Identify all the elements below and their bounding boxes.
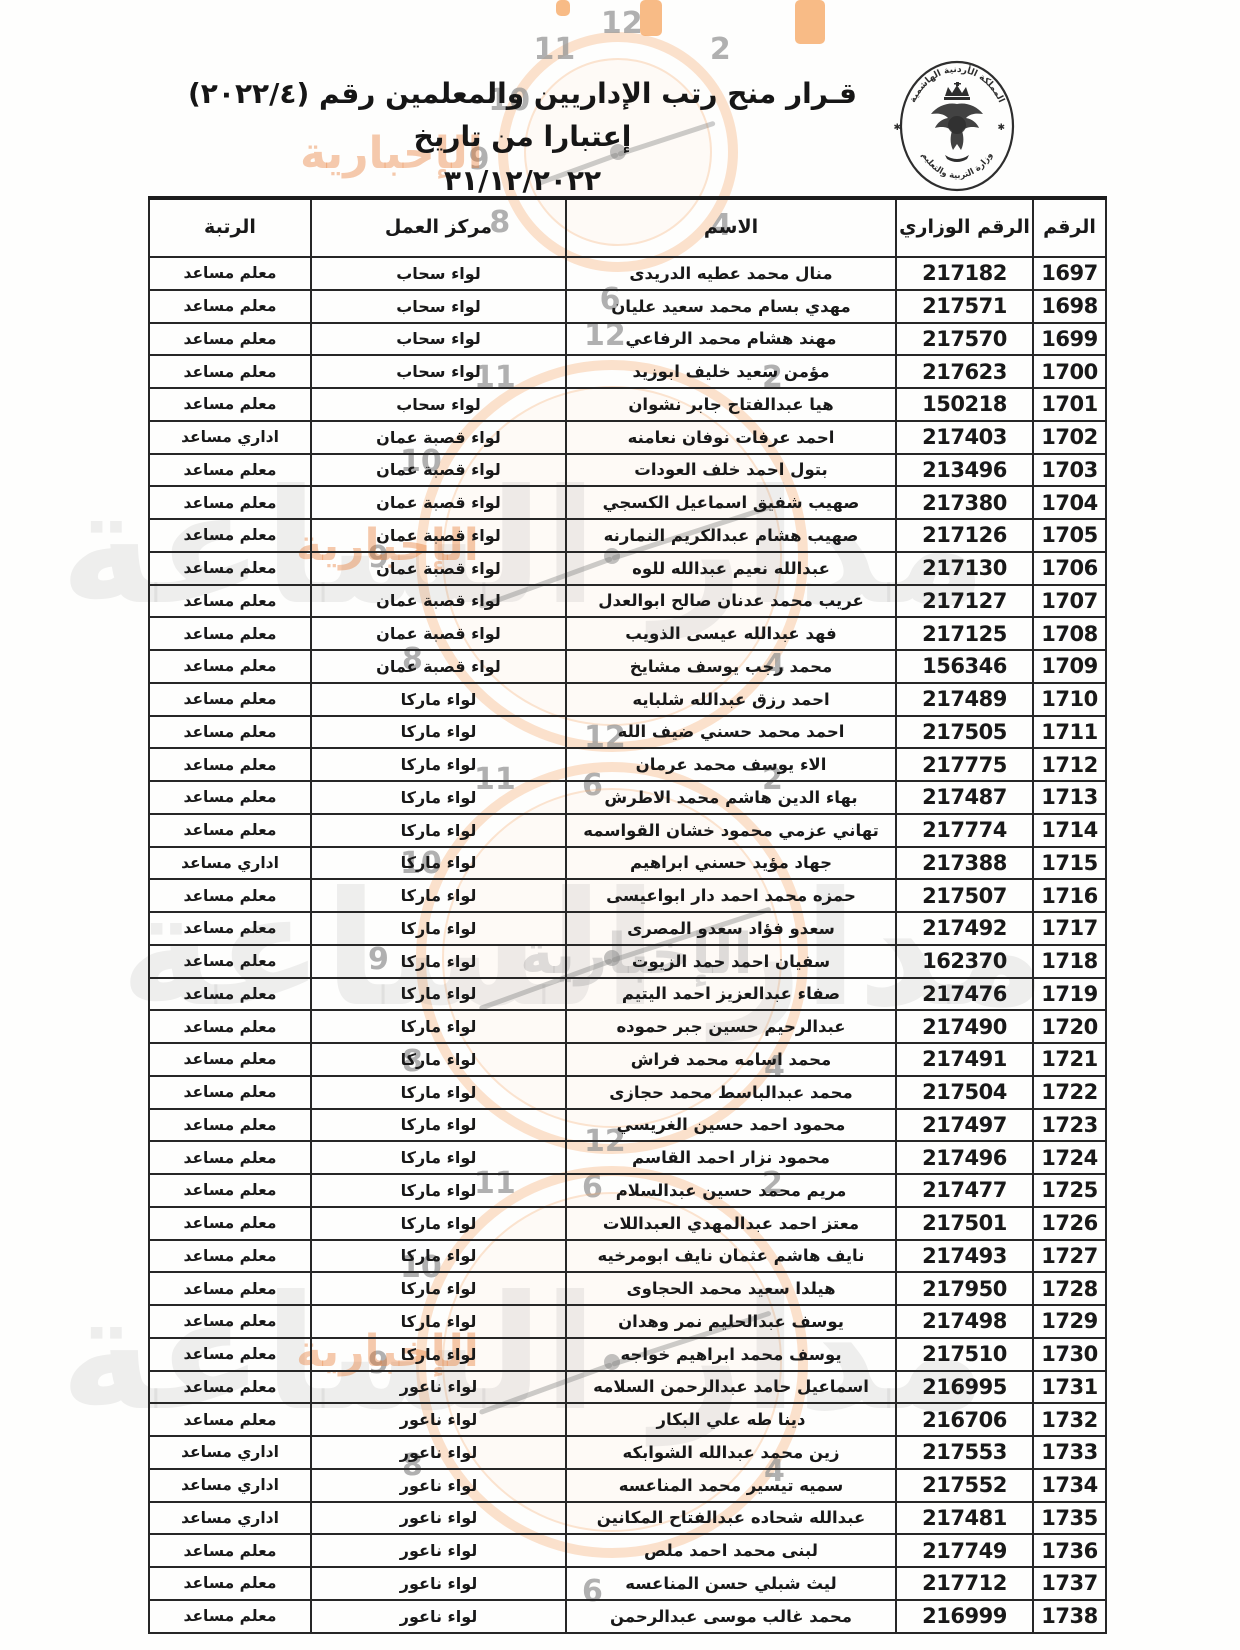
table-row: 1715217388جهاد مؤيد حسني ابراهيملواء مار… bbox=[149, 847, 1106, 880]
row-number: 1709 bbox=[1033, 650, 1106, 683]
work-center: لواء ناعور bbox=[311, 1403, 566, 1436]
rank: معلم مساعد bbox=[149, 1272, 311, 1305]
work-center: لواء قصبة عمان bbox=[311, 650, 566, 683]
row-number: 1729 bbox=[1033, 1305, 1106, 1338]
table-row: 1732216706دينا طه علي البكارلواء ناعورمع… bbox=[149, 1403, 1106, 1436]
rank: معلم مساعد bbox=[149, 1600, 311, 1633]
employee-name: محمد غالب موسى عبدالرحمن bbox=[566, 1600, 896, 1633]
table-row: 1716217507حمزه محمد احمد دار ابواعيسىلوا… bbox=[149, 879, 1106, 912]
employee-name: عبدالرحيم حسين جبر حموده bbox=[566, 1010, 896, 1043]
row-number: 1733 bbox=[1033, 1436, 1106, 1469]
table-row: 1723217497محمود احمد حسين الغريسيلواء ما… bbox=[149, 1109, 1106, 1142]
row-number: 1737 bbox=[1033, 1567, 1106, 1600]
table-row: 1734217552سميه تيسير محمد المناعسهلواء ن… bbox=[149, 1469, 1106, 1502]
work-center: لواء ماركا bbox=[311, 978, 566, 1011]
table-row: 1701150218هيا عبدالفتاح جابر نشوانلواء س… bbox=[149, 388, 1106, 421]
work-center: لواء سحاب bbox=[311, 290, 566, 323]
employee-name: محمود نزار احمد القاسم bbox=[566, 1141, 896, 1174]
col-header-work-center: مركز العمل bbox=[311, 198, 566, 257]
table-row: 1714217774تهاني عزمي محمود خشان القواسمه… bbox=[149, 814, 1106, 847]
work-center: لواء قصبة عمان bbox=[311, 617, 566, 650]
ministry-seal-logo: المملكة الأردنية الهاشمية وزارة التربية … bbox=[893, 52, 1021, 198]
ministry-number: 217481 bbox=[896, 1502, 1033, 1535]
watermark-orange-fragment bbox=[795, 0, 825, 44]
work-center: لواء ناعور bbox=[311, 1567, 566, 1600]
table-row: 1719217476صفاء عبدالعزيز احمد اليتيملواء… bbox=[149, 978, 1106, 1011]
ministry-number: 217491 bbox=[896, 1043, 1033, 1076]
rank: معلم مساعد bbox=[149, 1534, 311, 1567]
rank: معلم مساعد bbox=[149, 1338, 311, 1371]
rank: معلم مساعد bbox=[149, 290, 311, 323]
employee-name: ليث شبلي حسن المناعسه bbox=[566, 1567, 896, 1600]
work-center: لواء قصبة عمان bbox=[311, 421, 566, 454]
ministry-number: 217130 bbox=[896, 552, 1033, 585]
employee-name: يوسف محمد ابراهيم خواجه bbox=[566, 1338, 896, 1371]
rank: معلم مساعد bbox=[149, 257, 311, 290]
employee-name: منال محمد عطيه الدريدى bbox=[566, 257, 896, 290]
table-row: 1727217493نايف هاشم عثمان نايف ابومرخيهل… bbox=[149, 1240, 1106, 1273]
table-row: 1733217553زين محمد عبدالله الشوابكهلواء … bbox=[149, 1436, 1106, 1469]
row-number: 1723 bbox=[1033, 1109, 1106, 1142]
rank: معلم مساعد bbox=[149, 1043, 311, 1076]
row-number: 1722 bbox=[1033, 1076, 1106, 1109]
work-center: لواء سحاب bbox=[311, 355, 566, 388]
work-center: لواء ماركا bbox=[311, 945, 566, 978]
row-number: 1720 bbox=[1033, 1010, 1106, 1043]
rank: معلم مساعد bbox=[149, 1076, 311, 1109]
table-row: 1707217127عريب محمد عدنان صالح ابوالعدلل… bbox=[149, 585, 1106, 618]
row-number: 1711 bbox=[1033, 716, 1106, 749]
ministry-number: 217492 bbox=[896, 912, 1033, 945]
rank: معلم مساعد bbox=[149, 388, 311, 421]
rank: معلم مساعد bbox=[149, 1305, 311, 1338]
row-number: 1704 bbox=[1033, 486, 1106, 519]
work-center: لواء ناعور bbox=[311, 1469, 566, 1502]
work-center: لواء قصبة عمان bbox=[311, 585, 566, 618]
table-row: 1735217481عبدالله شحاده عبدالفتاح المكان… bbox=[149, 1502, 1106, 1535]
work-center: لواء ماركا bbox=[311, 1305, 566, 1338]
row-number: 1700 bbox=[1033, 355, 1106, 388]
table-row: 1738216999محمد غالب موسى عبدالرحمنلواء ن… bbox=[149, 1600, 1106, 1633]
col-header-number: الرقم bbox=[1033, 198, 1106, 257]
work-center: لواء ماركا bbox=[311, 1076, 566, 1109]
row-number: 1718 bbox=[1033, 945, 1106, 978]
work-center: لواء ناعور bbox=[311, 1600, 566, 1633]
rank: معلم مساعد bbox=[149, 1109, 311, 1142]
rank: معلم مساعد bbox=[149, 1240, 311, 1273]
rank: معلم مساعد bbox=[149, 585, 311, 618]
row-number: 1698 bbox=[1033, 290, 1106, 323]
table-row: 1731216995اسماعيل حامد عبدالرحمن السلامه… bbox=[149, 1371, 1106, 1404]
table-row: 1712217775الاء يوسف محمد عرمانلواء ماركا… bbox=[149, 748, 1106, 781]
ministry-number: 217403 bbox=[896, 421, 1033, 454]
table-row: 1711217505احمد محمد حسني ضيف اللهلواء ما… bbox=[149, 716, 1106, 749]
row-number: 1710 bbox=[1033, 683, 1106, 716]
rank: معلم مساعد bbox=[149, 1207, 311, 1240]
work-center: لواء قصبة عمان bbox=[311, 552, 566, 585]
rank: معلم مساعد bbox=[149, 879, 311, 912]
work-center: لواء ماركا bbox=[311, 814, 566, 847]
ranks-decision-table: الرقم الرقم الوزاري الاسم مركز العمل الر… bbox=[148, 196, 1107, 1634]
row-number: 1697 bbox=[1033, 257, 1106, 290]
row-number: 1713 bbox=[1033, 781, 1106, 814]
ministry-number: 217553 bbox=[896, 1436, 1033, 1469]
ministry-number: 217950 bbox=[896, 1272, 1033, 1305]
row-number: 1716 bbox=[1033, 879, 1106, 912]
rank: اداري مساعد bbox=[149, 421, 311, 454]
employee-name: لبنى محمد احمد ملص bbox=[566, 1534, 896, 1567]
ministry-number: 217571 bbox=[896, 290, 1033, 323]
table-header: الرقم الرقم الوزاري الاسم مركز العمل الر… bbox=[149, 198, 1106, 257]
ministry-number: 217497 bbox=[896, 1109, 1033, 1142]
table-row: 1729217498يوسف عبدالحليم نمر وهدانلواء م… bbox=[149, 1305, 1106, 1338]
employee-name: عبدالله نعيم عبدالله للوه bbox=[566, 552, 896, 585]
work-center: لواء قصبة عمان bbox=[311, 454, 566, 487]
document-date: ٣١/١٢/٢٠٢٢ bbox=[160, 159, 885, 202]
table-row: 1704217380صهيب شفيق اسماعيل الكسجيلواء ق… bbox=[149, 486, 1106, 519]
rank: معلم مساعد bbox=[149, 945, 311, 978]
row-number: 1725 bbox=[1033, 1174, 1106, 1207]
rank: اداري مساعد bbox=[149, 1502, 311, 1535]
table-row: 1709156346محمد رجب يوسف مشايخلواء قصبة ع… bbox=[149, 650, 1106, 683]
employee-name: محمد عبدالباسط محمد حجازى bbox=[566, 1076, 896, 1109]
row-number: 1719 bbox=[1033, 978, 1106, 1011]
ministry-number: 217487 bbox=[896, 781, 1033, 814]
ministry-number: 217507 bbox=[896, 879, 1033, 912]
employee-name: سعدو فؤاد سعدو المصرى bbox=[566, 912, 896, 945]
rank: معلم مساعد bbox=[149, 617, 311, 650]
employee-name: بتول احمد خلف العودات bbox=[566, 454, 896, 487]
ministry-number: 217127 bbox=[896, 585, 1033, 618]
rank: معلم مساعد bbox=[149, 978, 311, 1011]
work-center: لواء سحاب bbox=[311, 388, 566, 421]
table-row: 1728217950هيلدا سعيد محمد الحجاوىلواء ما… bbox=[149, 1272, 1106, 1305]
table-row: 1702217403احمد عرفات نوفان نعامنهلواء قص… bbox=[149, 421, 1106, 454]
row-number: 1731 bbox=[1033, 1371, 1106, 1404]
ministry-number: 213496 bbox=[896, 454, 1033, 487]
row-number: 1730 bbox=[1033, 1338, 1106, 1371]
rank: معلم مساعد bbox=[149, 1567, 311, 1600]
employee-name: يوسف عبدالحليم نمر وهدان bbox=[566, 1305, 896, 1338]
table-row: 1699217570مهند هشام محمد الرفاعيلواء سحا… bbox=[149, 323, 1106, 356]
ministry-number: 162370 bbox=[896, 945, 1033, 978]
ministry-number: 150218 bbox=[896, 388, 1033, 421]
rank: معلم مساعد bbox=[149, 1010, 311, 1043]
employee-name: مهدي بسام محمد سعيد عليان bbox=[566, 290, 896, 323]
table-row: 1705217126صهيب هشام عبدالكريم النمارنهلو… bbox=[149, 519, 1106, 552]
ministry-number: 217380 bbox=[896, 486, 1033, 519]
document-title: قـرار منح رتب الإداريين والمعلمين رقم (٢… bbox=[160, 72, 885, 159]
ministry-number: 217505 bbox=[896, 716, 1033, 749]
employee-name: مريم محمد حسين عبدالسلام bbox=[566, 1174, 896, 1207]
ministry-number: 217712 bbox=[896, 1567, 1033, 1600]
ministry-number: 217489 bbox=[896, 683, 1033, 716]
ministry-number: 217493 bbox=[896, 1240, 1033, 1273]
ministry-number: 217477 bbox=[896, 1174, 1033, 1207]
document-title-block: قـرار منح رتب الإداريين والمعلمين رقم (٢… bbox=[160, 72, 885, 202]
employee-name: هيا عبدالفتاح جابر نشوان bbox=[566, 388, 896, 421]
work-center: لواء سحاب bbox=[311, 323, 566, 356]
work-center: لواء ماركا bbox=[311, 1338, 566, 1371]
table-row: 1706217130عبدالله نعيم عبدالله للوهلواء … bbox=[149, 552, 1106, 585]
row-number: 1721 bbox=[1033, 1043, 1106, 1076]
employee-name: اسماعيل حامد عبدالرحمن السلامه bbox=[566, 1371, 896, 1404]
table-body: 1697217182منال محمد عطيه الدريدىلواء سحا… bbox=[149, 257, 1106, 1633]
ministry-number: 217510 bbox=[896, 1338, 1033, 1371]
ministry-number: 217125 bbox=[896, 617, 1033, 650]
employee-name: مهند هشام محمد الرفاعي bbox=[566, 323, 896, 356]
ministry-number: 217490 bbox=[896, 1010, 1033, 1043]
watermark-orange-fragment bbox=[556, 0, 570, 16]
work-center: لواء ماركا bbox=[311, 912, 566, 945]
employee-name: سميه تيسير محمد المناعسه bbox=[566, 1469, 896, 1502]
row-number: 1701 bbox=[1033, 388, 1106, 421]
employee-name: صهيب هشام عبدالكريم النمارنه bbox=[566, 519, 896, 552]
work-center: لواء ماركا bbox=[311, 1141, 566, 1174]
row-number: 1703 bbox=[1033, 454, 1106, 487]
col-header-rank: الرتبة bbox=[149, 198, 311, 257]
watermark-clock-numeral: 12 bbox=[601, 6, 643, 41]
rank: معلم مساعد bbox=[149, 355, 311, 388]
ministry-number: 216995 bbox=[896, 1371, 1033, 1404]
table-row: 1737217712ليث شبلي حسن المناعسهلواء ناعو… bbox=[149, 1567, 1106, 1600]
ministry-number: 217126 bbox=[896, 519, 1033, 552]
seal-star-right: ✱ bbox=[997, 123, 1005, 133]
employee-name: هيلدا سعيد محمد الحجاوى bbox=[566, 1272, 896, 1305]
table-row: 1717217492سعدو فؤاد سعدو المصرىلواء مارك… bbox=[149, 912, 1106, 945]
col-header-ministry-number: الرقم الوزاري bbox=[896, 198, 1033, 257]
work-center: لواء ماركا bbox=[311, 1207, 566, 1240]
employee-name: دينا طه علي البكار bbox=[566, 1403, 896, 1436]
table-row: 1726217501معتز احمد عبدالمهدي العبداللات… bbox=[149, 1207, 1106, 1240]
row-number: 1728 bbox=[1033, 1272, 1106, 1305]
work-center: لواء ماركا bbox=[311, 748, 566, 781]
rank: معلم مساعد bbox=[149, 683, 311, 716]
ministry-number: 217498 bbox=[896, 1305, 1033, 1338]
rank: معلم مساعد bbox=[149, 912, 311, 945]
row-number: 1712 bbox=[1033, 748, 1106, 781]
table-row: 1725217477مريم محمد حسين عبدالسلاملواء م… bbox=[149, 1174, 1106, 1207]
table-row: 1721217491محمد اسامه محمد فراشلواء ماركا… bbox=[149, 1043, 1106, 1076]
row-number: 1702 bbox=[1033, 421, 1106, 454]
row-number: 1734 bbox=[1033, 1469, 1106, 1502]
watermark-clock-numeral: 11 bbox=[534, 32, 576, 67]
rank: اداري مساعد bbox=[149, 1469, 311, 1502]
work-center: لواء ماركا bbox=[311, 879, 566, 912]
ministry-number: 217496 bbox=[896, 1141, 1033, 1174]
employee-name: الاء يوسف محمد عرمان bbox=[566, 748, 896, 781]
ministry-number: 217501 bbox=[896, 1207, 1033, 1240]
row-number: 1708 bbox=[1033, 617, 1106, 650]
rank: معلم مساعد bbox=[149, 716, 311, 749]
table-row: 1713217487بهاء الدين هاشم محمد الاطرشلوا… bbox=[149, 781, 1106, 814]
table-row: 1718162370سفيان احمد حمد الزيوتلواء مارك… bbox=[149, 945, 1106, 978]
watermark-clock-numeral: 2 bbox=[710, 32, 731, 67]
work-center: لواء ماركا bbox=[311, 1240, 566, 1273]
ministry-number: 217775 bbox=[896, 748, 1033, 781]
employee-name: حمزه محمد احمد دار ابواعيسى bbox=[566, 879, 896, 912]
employee-name: احمد محمد حسني ضيف الله bbox=[566, 716, 896, 749]
header-row: الرقم الرقم الوزاري الاسم مركز العمل الر… bbox=[149, 198, 1106, 257]
work-center: لواء ماركا bbox=[311, 1272, 566, 1305]
work-center: لواء سحاب bbox=[311, 257, 566, 290]
table-row: 1703213496بتول احمد خلف العوداتلواء قصبة… bbox=[149, 454, 1106, 487]
rank: اداري مساعد bbox=[149, 1436, 311, 1469]
row-number: 1705 bbox=[1033, 519, 1106, 552]
employee-name: معتز احمد عبدالمهدي العبداللات bbox=[566, 1207, 896, 1240]
employee-name: مؤمن سعيد خليف ابوزيد bbox=[566, 355, 896, 388]
row-number: 1726 bbox=[1033, 1207, 1106, 1240]
table-row: 1710217489احمد رزق عبدالله شلبايهلواء ما… bbox=[149, 683, 1106, 716]
rank: معلم مساعد bbox=[149, 454, 311, 487]
seal-bottom-text: وزارة التربية والتعليم bbox=[919, 151, 995, 181]
employee-name: تهاني عزمي محمود خشان القواسمه bbox=[566, 814, 896, 847]
rank: معلم مساعد bbox=[149, 486, 311, 519]
employee-name: احمد عرفات نوفان نعامنه bbox=[566, 421, 896, 454]
work-center: لواء ناعور bbox=[311, 1502, 566, 1535]
rank: معلم مساعد bbox=[149, 781, 311, 814]
employee-name: محمود احمد حسين الغريسي bbox=[566, 1109, 896, 1142]
row-number: 1732 bbox=[1033, 1403, 1106, 1436]
ministry-number: 217570 bbox=[896, 323, 1033, 356]
employee-name: محمد اسامه محمد فراش bbox=[566, 1043, 896, 1076]
table-row: 1700217623مؤمن سعيد خليف ابوزيدلواء سحاب… bbox=[149, 355, 1106, 388]
ministry-number: 217476 bbox=[896, 978, 1033, 1011]
work-center: لواء ماركا bbox=[311, 1043, 566, 1076]
ministry-number: 216706 bbox=[896, 1403, 1033, 1436]
work-center: لواء ناعور bbox=[311, 1534, 566, 1567]
rank: معلم مساعد bbox=[149, 814, 311, 847]
ministry-number: 156346 bbox=[896, 650, 1033, 683]
rank: معلم مساعد bbox=[149, 1174, 311, 1207]
row-number: 1727 bbox=[1033, 1240, 1106, 1273]
employee-name: جهاد مؤيد حسني ابراهيم bbox=[566, 847, 896, 880]
rank: معلم مساعد bbox=[149, 1371, 311, 1404]
table-row: 1698217571مهدي بسام محمد سعيد عليانلواء … bbox=[149, 290, 1106, 323]
col-header-name: الاسم bbox=[566, 198, 896, 257]
row-number: 1735 bbox=[1033, 1502, 1106, 1535]
rank: معلم مساعد bbox=[149, 1141, 311, 1174]
seal-star-left: ✱ bbox=[893, 123, 901, 133]
scanned-document-page: 12111098642الإخبارية12111098642مدار السا… bbox=[0, 0, 1240, 1650]
table-row: 1722217504محمد عبدالباسط محمد حجازىلواء … bbox=[149, 1076, 1106, 1109]
row-number: 1738 bbox=[1033, 1600, 1106, 1633]
work-center: لواء قصبة عمان bbox=[311, 519, 566, 552]
table-row: 1708217125فهد عبدالله عيسى الذويبلواء قص… bbox=[149, 617, 1106, 650]
ministry-number: 217182 bbox=[896, 257, 1033, 290]
ministry-number: 217623 bbox=[896, 355, 1033, 388]
work-center: لواء ماركا bbox=[311, 683, 566, 716]
table-row: 1724217496محمود نزار احمد القاسملواء مار… bbox=[149, 1141, 1106, 1174]
ministry-number: 217749 bbox=[896, 1534, 1033, 1567]
work-center: لواء ماركا bbox=[311, 1010, 566, 1043]
work-center: لواء قصبة عمان bbox=[311, 486, 566, 519]
employee-name: سفيان احمد حمد الزيوت bbox=[566, 945, 896, 978]
ministry-seal-icon: المملكة الأردنية الهاشمية وزارة التربية … bbox=[893, 52, 1021, 198]
employee-name: فهد عبدالله عيسى الذويب bbox=[566, 617, 896, 650]
work-center: لواء ماركا bbox=[311, 716, 566, 749]
rank: معلم مساعد bbox=[149, 1403, 311, 1436]
work-center: لواء ناعور bbox=[311, 1371, 566, 1404]
ministry-number: 217552 bbox=[896, 1469, 1033, 1502]
rank: معلم مساعد bbox=[149, 323, 311, 356]
employee-name: زين محمد عبدالله الشوابكه bbox=[566, 1436, 896, 1469]
row-number: 1717 bbox=[1033, 912, 1106, 945]
work-center: لواء ماركا bbox=[311, 847, 566, 880]
row-number: 1707 bbox=[1033, 585, 1106, 618]
rank: اداري مساعد bbox=[149, 847, 311, 880]
ministry-number: 217504 bbox=[896, 1076, 1033, 1109]
rank: معلم مساعد bbox=[149, 552, 311, 585]
work-center: لواء ماركا bbox=[311, 1174, 566, 1207]
employee-name: بهاء الدين هاشم محمد الاطرش bbox=[566, 781, 896, 814]
table-row: 1720217490عبدالرحيم حسين جبر حمودهلواء م… bbox=[149, 1010, 1106, 1043]
ministry-number: 217774 bbox=[896, 814, 1033, 847]
table-row: 1736217749لبنى محمد احمد ملصلواء ناعورمع… bbox=[149, 1534, 1106, 1567]
rank: معلم مساعد bbox=[149, 650, 311, 683]
row-number: 1699 bbox=[1033, 323, 1106, 356]
ministry-number: 217388 bbox=[896, 847, 1033, 880]
watermark-orange-fragment bbox=[640, 0, 662, 36]
table-row: 1697217182منال محمد عطيه الدريدىلواء سحا… bbox=[149, 257, 1106, 290]
employee-name: عبدالله شحاده عبدالفتاح المكانين bbox=[566, 1502, 896, 1535]
employee-name: صهيب شفيق اسماعيل الكسجي bbox=[566, 486, 896, 519]
table-row: 1730217510يوسف محمد ابراهيم خواجهلواء ما… bbox=[149, 1338, 1106, 1371]
row-number: 1715 bbox=[1033, 847, 1106, 880]
employee-name: نايف هاشم عثمان نايف ابومرخيه bbox=[566, 1240, 896, 1273]
ministry-number: 216999 bbox=[896, 1600, 1033, 1633]
work-center: لواء ماركا bbox=[311, 781, 566, 814]
row-number: 1714 bbox=[1033, 814, 1106, 847]
work-center: لواء ناعور bbox=[311, 1436, 566, 1469]
work-center: لواء ماركا bbox=[311, 1109, 566, 1142]
employee-name: عريب محمد عدنان صالح ابوالعدل bbox=[566, 585, 896, 618]
row-number: 1706 bbox=[1033, 552, 1106, 585]
employee-name: صفاء عبدالعزيز احمد اليتيم bbox=[566, 978, 896, 1011]
rank: معلم مساعد bbox=[149, 748, 311, 781]
rank: معلم مساعد bbox=[149, 519, 311, 552]
employee-name: محمد رجب يوسف مشايخ bbox=[566, 650, 896, 683]
employee-name: احمد رزق عبدالله شلبايه bbox=[566, 683, 896, 716]
row-number: 1736 bbox=[1033, 1534, 1106, 1567]
svg-text:وزارة التربية والتعليم: وزارة التربية والتعليم bbox=[919, 151, 995, 181]
row-number: 1724 bbox=[1033, 1141, 1106, 1174]
